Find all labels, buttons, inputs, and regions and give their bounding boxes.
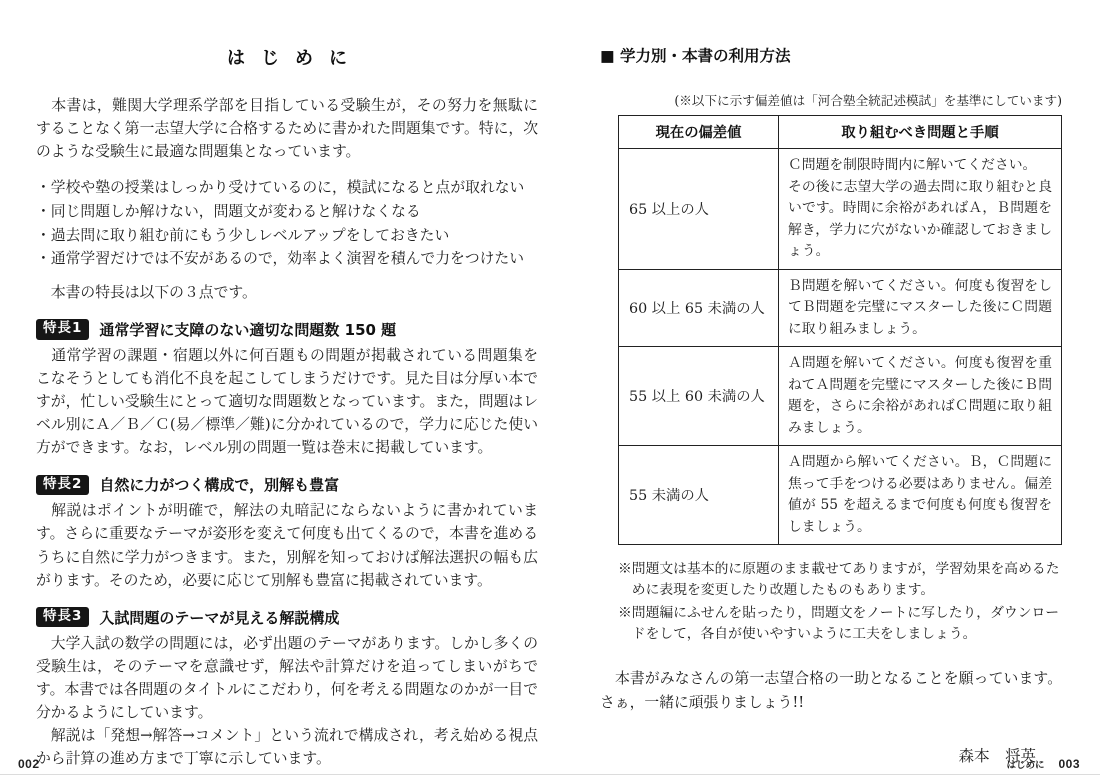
author-signature: 森本 将英 <box>600 744 1062 766</box>
bullet-item: ・学校や塾の授業はしっかり受けているのに，模試になると点が取れない <box>36 176 538 200</box>
feature-heading-row: 特長1 通常学習に支障のない適切な問題数 150 題 <box>36 319 538 340</box>
footer-right: はじめに 003 <box>1006 757 1080 771</box>
bullet-item: ・同じ問題しか解けない，問題文が変わると解けなくなる <box>36 200 538 224</box>
bullet-item: ・過去問に取り組む前にもう少しレベルアップをしておきたい <box>36 224 538 248</box>
intro-paragraph: 本書は，難関大学理系学部を目指している受験生が，その努力を無駄にすることなく第一… <box>36 94 538 163</box>
feature-heading: 通常学習に支障のない適切な問題数 150 題 <box>99 319 396 340</box>
note-item: ※問題文は基本的に原題のまま載せてありますが，学習効果を高めるために表現を変更し… <box>618 559 1062 601</box>
page-number-right: 003 <box>1058 757 1080 771</box>
note-item: ※問題編にふせんを貼ったり，問題文をノートに写したり，ダウンロードをして，各自が… <box>618 603 1062 645</box>
table-row: 60 以上 65 未満の人 Ｂ問題を解いてください。何度も復習をしてＢ問題を完璧… <box>619 269 1062 347</box>
footer-section-label: はじめに <box>1006 757 1044 771</box>
table-header-action: 取り組むべき問題と手順 <box>779 116 1062 149</box>
lead-sentence: 本書の特長は以下の３点です。 <box>36 281 538 304</box>
feature-section-3: 特長3 入試問題のテーマが見える解説構成 大学入試の数学の問題には，必ず出題のテ… <box>36 607 538 770</box>
feature-body-2: 解説は「発想→解答→コメント」という流れで構成され，考え始める視点から計算の進め… <box>36 724 538 770</box>
level-cell: 55 以上 60 未満の人 <box>619 347 779 446</box>
table-row: 55 未満の人 Ａ問題から解いてください。Ｂ，Ｃ問題に焦って手をつける必要はあり… <box>619 446 1062 545</box>
usage-table: 現在の偏差値 取り組むべき問題と手順 65 以上の人 Ｃ問題を制限時間内に解いて… <box>618 115 1062 545</box>
feature-section-1: 特長1 通常学習に支障のない適切な問題数 150 題 通常学習の課題・宿題以外に… <box>36 319 538 459</box>
action-cell: Ｃ問題を制限時間内に解いてください。 その後に志望大学の過去問に取り組むと良いで… <box>779 149 1062 270</box>
action-cell: Ｂ問題を解いてください。何度も復習をしてＢ問題を完璧にマスターした後にＣ問題に取… <box>779 269 1062 347</box>
feature-body: 通常学習の課題・宿題以外に何百題もの問題が掲載されている問題集をこなそうとしても… <box>36 344 538 459</box>
feature-badge: 特長2 <box>36 475 89 496</box>
feature-heading-row: 特長2 自然に力がつく構成で，別解も豊富 <box>36 474 538 495</box>
table-note: (※以下に示す偏差値は「河合塾全統記述模試」を基準にしています) <box>600 90 1062 109</box>
table-row: 65 以上の人 Ｃ問題を制限時間内に解いてください。 その後に志望大学の過去問に… <box>619 149 1062 270</box>
right-page: ■ 学力別・本書の利用方法 (※以下に示す偏差値は「河合塾全統記述模試」を基準に… <box>550 0 1100 772</box>
bullet-item: ・通常学習だけでは不安があるので，効率よく演習を積んで力をつけたい <box>36 247 538 271</box>
feature-body: 解説はポイントが明確で，解法の丸暗記にならないように書かれています。さらに重要な… <box>36 499 538 591</box>
table-header-row: 現在の偏差値 取り組むべき問題と手順 <box>619 116 1062 149</box>
action-cell: Ａ問題から解いてください。Ｂ，Ｃ問題に焦って手をつける必要はありません。偏差値が… <box>779 446 1062 545</box>
feature-body: 大学入試の数学の問題には，必ず出題のテーマがあります。しかし多くの受験生は，その… <box>36 632 538 724</box>
level-cell: 60 以上 65 未満の人 <box>619 269 779 347</box>
level-cell: 55 未満の人 <box>619 446 779 545</box>
table-row: 55 以上 60 未満の人 Ａ問題を解いてください。何度も復習を重ねてＡ問題を完… <box>619 347 1062 446</box>
left-page: はじめに 本書は，難関大学理系学部を目指している受験生が，その努力を無駄にするこ… <box>0 0 550 772</box>
feature-heading: 自然に力がつく構成で，別解も豊富 <box>99 474 339 495</box>
feature-badge: 特長3 <box>36 607 89 628</box>
table-header-level: 現在の偏差値 <box>619 116 779 149</box>
feature-heading: 入試問題のテーマが見える解説構成 <box>99 607 339 628</box>
book-spread: はじめに 本書は，難関大学理系学部を目指している受験生が，その努力を無駄にするこ… <box>0 0 1100 772</box>
feature-heading-row: 特長3 入試問題のテーマが見える解説構成 <box>36 607 538 628</box>
page-number-left: 002 <box>18 757 40 771</box>
notes-block: ※問題文は基本的に原題のまま載せてありますが，学習効果を高めるために表現を変更し… <box>618 559 1062 645</box>
page-title: はじめに <box>36 44 538 70</box>
feature-section-2: 特長2 自然に力がつく構成で，別解も豊富 解説はポイントが明確で，解法の丸暗記に… <box>36 474 538 591</box>
page-bottom-edge <box>0 774 1100 775</box>
level-cell: 65 以上の人 <box>619 149 779 270</box>
bullet-list: ・学校や塾の授業はしっかり受けているのに，模試になると点が取れない ・同じ問題し… <box>36 176 538 271</box>
section-title: ■ 学力別・本書の利用方法 <box>600 44 1062 66</box>
action-cell: Ａ問題を解いてください。何度も復習を重ねてＡ問題を完璧にマスターした後にＢ問題を… <box>779 347 1062 446</box>
feature-badge: 特長1 <box>36 319 89 340</box>
closing-paragraph: 本書がみなさんの第一志望合格の一助となることを願っています。さぁ，一緒に頑張りま… <box>600 667 1062 714</box>
